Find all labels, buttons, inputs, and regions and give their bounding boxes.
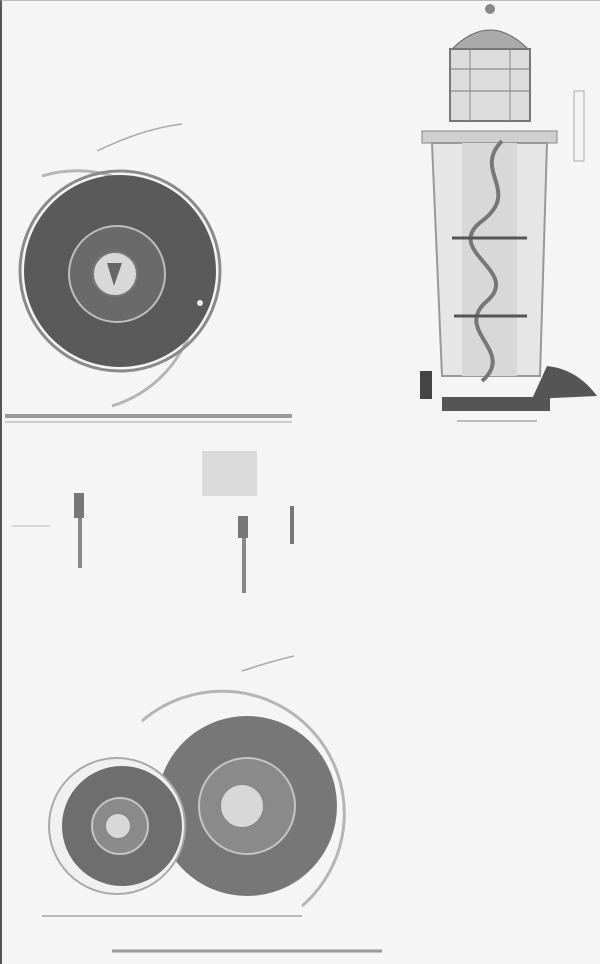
- lens-plan-top: [5, 124, 292, 422]
- lens-plan-bottom: [42, 656, 382, 951]
- lens-detail-middle: [12, 451, 294, 593]
- lighthouse-section: [420, 4, 597, 421]
- drawing-sheet: [0, 0, 600, 964]
- drawing-canvas: [2, 1, 600, 964]
